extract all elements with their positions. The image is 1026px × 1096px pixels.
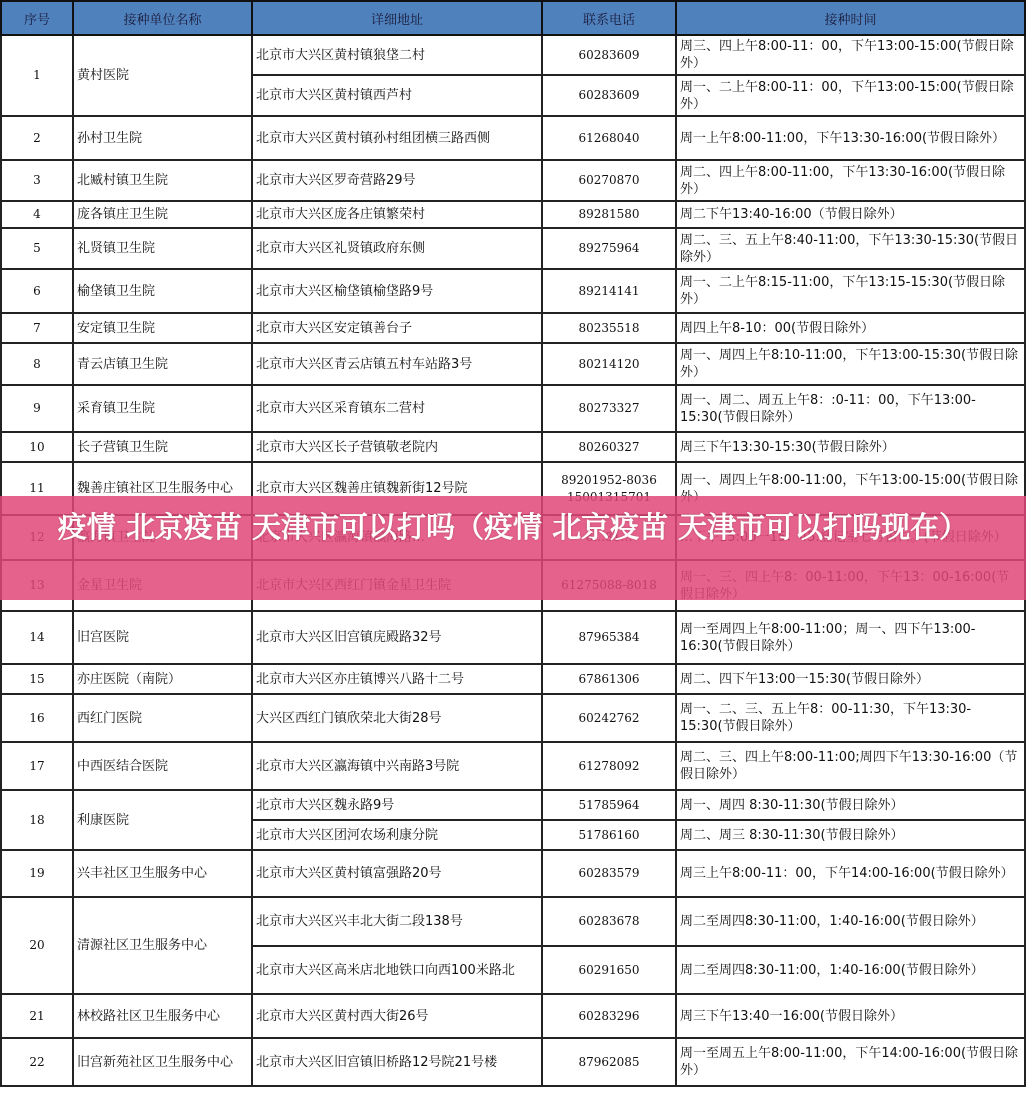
table-row: 3北臧村镇卫生院北京市大兴区罗奇营路29号60270870周二、四上午8:00-…	[1, 160, 1025, 201]
site-name: 亦庄医院（南院）	[73, 664, 252, 694]
table-row: 5礼贤镇卫生院北京市大兴区礼贤镇政府东侧89275964周二、三、五上午8:40…	[1, 228, 1025, 269]
vaccination-time: 周三上午8:00-11：00，下午14:00-16:00(节假日除外）	[676, 850, 1025, 897]
site-phone: 80214120	[542, 343, 676, 385]
site-phone: 60270870	[542, 160, 676, 201]
vaccination-time: 周二、四上午8:00-11:00，下午13:30-16:00(节假日除外）	[676, 160, 1025, 201]
row-number: 18	[1, 790, 73, 850]
site-address: 北京市大兴区瀛海镇中兴南路3号院	[252, 742, 542, 790]
header-no: 序号	[1, 1, 73, 35]
table-row: 19兴丰社区卫生服务中心北京市大兴区黄村镇富强路20号60283579周三上午8…	[1, 850, 1025, 897]
row-number: 19	[1, 850, 73, 897]
site-phone: 61278092	[542, 742, 676, 790]
site-name: 中西医结合医院	[73, 742, 252, 790]
table-row: 8青云店镇卫生院北京市大兴区青云店镇五村车站路3号80214120周一、周四上午…	[1, 343, 1025, 385]
row-number: 16	[1, 694, 73, 742]
table-row: 14旧宫医院北京市大兴区旧宫镇庑殿路32号87965384周一至周四上午8:00…	[1, 611, 1025, 664]
vaccination-time: 周二、三、五上午8:40-11:00，下午13:30-15:30(节假日除外）	[676, 228, 1025, 269]
site-name: 长子营镇卫生院	[73, 432, 252, 462]
site-phone: 60283609	[542, 35, 676, 75]
table-row: 18利康医院北京市大兴区魏永路9号51785964周一、周四 8:30-11:3…	[1, 790, 1025, 820]
site-address: 北京市大兴区兴丰北大街二段138号	[252, 897, 542, 946]
site-phone: 87965384	[542, 611, 676, 664]
site-name: 安定镇卫生院	[73, 313, 252, 343]
site-address: 北京市大兴区庞各庄镇繁荣村	[252, 201, 542, 228]
vaccination-time: 周二、周三 8:30-11:30(节假日除外）	[676, 820, 1025, 850]
table-row: 6榆垡镇卫生院北京市大兴区榆垡镇榆垡路9号89214141周一、二上午8:15-…	[1, 269, 1025, 313]
site-name: 礼贤镇卫生院	[73, 228, 252, 269]
site-address: 北京市大兴区黄村镇富强路20号	[252, 850, 542, 897]
site-address: 北京市大兴区亦庄镇博兴八路十二号	[252, 664, 542, 694]
row-number: 3	[1, 160, 73, 201]
vaccination-time: 周一、二、三、五上午8：00-11:30，下午13:30-15:30(节假日除外…	[676, 694, 1025, 742]
row-number: 6	[1, 269, 73, 313]
site-address: 北京市大兴区长子营镇敬老院内	[252, 432, 542, 462]
site-address: 北京市大兴区高米店北地铁口向西100米路北	[252, 946, 542, 994]
table-row: 15亦庄医院（南院）北京市大兴区亦庄镇博兴八路十二号67861306周二、四下午…	[1, 664, 1025, 694]
row-number: 1	[1, 35, 73, 116]
banner-title: 疫情 北京疫苗 天津市可以打吗（疫情 北京疫苗 天津市可以打吗现在）	[20, 506, 1006, 548]
site-phone: 60283609	[542, 75, 676, 116]
vaccination-time: 周二至周四8:30-11:00，1:40-16:00(节假日除外）	[676, 946, 1025, 994]
site-address: 北京市大兴区黄村镇孙村组团横三路西侧	[252, 116, 542, 160]
site-address: 北京市大兴区安定镇善台子	[252, 313, 542, 343]
vaccination-time: 周一至周五上午8:00-11:00，下午14:00-16:00(节假日除外）	[676, 1038, 1025, 1086]
vaccination-time: 周一、周四 8:30-11:30(节假日除外）	[676, 790, 1025, 820]
table-row: 2孙村卫生院北京市大兴区黄村镇孙村组团横三路西侧61268040周一上午8:00…	[1, 116, 1025, 160]
row-number: 5	[1, 228, 73, 269]
site-phone: 51786160	[542, 820, 676, 850]
site-address: 北京市大兴区黄村西大街26号	[252, 994, 542, 1038]
vaccination-time: 周二下午13:40-16:00（节假日除外）	[676, 201, 1025, 228]
table-row: 4庞各镇庄卫生院北京市大兴区庞各庄镇繁荣村89281580周二下午13:40-1…	[1, 201, 1025, 228]
site-address: 大兴区西红门镇欣荣北大街28号	[252, 694, 542, 742]
site-phone: 80260327	[542, 432, 676, 462]
row-number: 8	[1, 343, 73, 385]
header-time: 接种时间	[676, 1, 1025, 35]
site-name: 清源社区卫生服务中心	[73, 897, 252, 994]
row-number: 7	[1, 313, 73, 343]
row-number: 20	[1, 897, 73, 994]
row-number: 14	[1, 611, 73, 664]
site-name: 榆垡镇卫生院	[73, 269, 252, 313]
vaccination-time: 周一上午8:00-11:00，下午13:30-16:00(节假日除外）	[676, 116, 1025, 160]
table-row: 1黄村医院北京市大兴区黄村镇狼垡二村60283609周三、四上午8:00-11：…	[1, 35, 1025, 75]
row-number: 17	[1, 742, 73, 790]
site-phone: 89281580	[542, 201, 676, 228]
site-address: 北京市大兴区采育镇东二营村	[252, 385, 542, 432]
site-address: 北京市大兴区魏永路9号	[252, 790, 542, 820]
site-phone: 61268040	[542, 116, 676, 160]
site-name: 西红门医院	[73, 694, 252, 742]
site-name: 兴丰社区卫生服务中心	[73, 850, 252, 897]
table-row: 22旧宫新苑社区卫生服务中心北京市大兴区旧宫镇旧桥路12号院21号楼879620…	[1, 1038, 1025, 1086]
header-site-name: 接种单位名称	[73, 1, 252, 35]
header-phone: 联系电话	[542, 1, 676, 35]
site-name: 利康医院	[73, 790, 252, 850]
site-phone: 60242762	[542, 694, 676, 742]
site-address: 北京市大兴区旧宫镇庑殿路32号	[252, 611, 542, 664]
site-phone: 87962085	[542, 1038, 676, 1086]
vaccination-time: 周四上午8-10：00(节假日除外）	[676, 313, 1025, 343]
site-name: 庞各镇庄卫生院	[73, 201, 252, 228]
row-number: 22	[1, 1038, 73, 1086]
header-address: 详细地址	[252, 1, 542, 35]
site-phone: 60291650	[542, 946, 676, 994]
vaccination-time: 周二至周四8:30-11:00，1:40-16:00(节假日除外）	[676, 897, 1025, 946]
site-phone: 60283579	[542, 850, 676, 897]
vaccination-time: 周一、周二、周五上午8：:0-11：00，下午13:00-15:30(节假日除外…	[676, 385, 1025, 432]
table-row: 9采育镇卫生院北京市大兴区采育镇东二营村80273327周一、周二、周五上午8：…	[1, 385, 1025, 432]
vaccination-time: 周一、二上午8:15-11:00，下午13:15-15:30(节假日除外）	[676, 269, 1025, 313]
site-name: 北臧村镇卫生院	[73, 160, 252, 201]
site-phone: 89275964	[542, 228, 676, 269]
site-phone: 67861306	[542, 664, 676, 694]
site-address: 北京市大兴区黄村镇狼垡二村	[252, 35, 542, 75]
site-address: 北京市大兴区青云店镇五村车站路3号	[252, 343, 542, 385]
row-number: 2	[1, 116, 73, 160]
site-name: 青云店镇卫生院	[73, 343, 252, 385]
site-address: 北京市大兴区罗奇营路29号	[252, 160, 542, 201]
vaccination-time: 周二、三、四上午8:00-11:00;周四下午13:30-16:00（节假日除外…	[676, 742, 1025, 790]
site-name: 林校路社区卫生服务中心	[73, 994, 252, 1038]
site-name: 旧宫医院	[73, 611, 252, 664]
table-row: 16西红门医院大兴区西红门镇欣荣北大街28号60242762周一、二、三、五上午…	[1, 694, 1025, 742]
site-address: 北京市大兴区团河农场利康分院	[252, 820, 542, 850]
site-name: 孙村卫生院	[73, 116, 252, 160]
row-number: 9	[1, 385, 73, 432]
site-name: 采育镇卫生院	[73, 385, 252, 432]
vaccination-time: 周一至周四上午8:00-11:00；周一、四下午13:00-16:30(节假日除…	[676, 611, 1025, 664]
table-row: 21林校路社区卫生服务中心北京市大兴区黄村西大街26号60283296周三下午1…	[1, 994, 1025, 1038]
site-phone: 60283678	[542, 897, 676, 946]
row-number: 4	[1, 201, 73, 228]
row-number: 15	[1, 664, 73, 694]
vaccination-time: 周三、四上午8:00-11：00，下午13:00-15:00(节假日除外）	[676, 35, 1025, 75]
table-row: 17中西医结合医院北京市大兴区瀛海镇中兴南路3号院61278092周二、三、四上…	[1, 742, 1025, 790]
table-row: 10长子营镇卫生院北京市大兴区长子营镇敬老院内80260327周三下午13:30…	[1, 432, 1025, 462]
table-row: 20清源社区卫生服务中心北京市大兴区兴丰北大街二段138号60283678周二至…	[1, 897, 1025, 946]
site-phone: 80273327	[542, 385, 676, 432]
vaccination-time: 周一、二上午8:00-11：00，下午13:00-15:00(节假日除外）	[676, 75, 1025, 116]
vaccination-time: 周二、四下午13:00一15:30(节假日除外）	[676, 664, 1025, 694]
vaccination-time: 周三下午13:40一16:00(节假日除外）	[676, 994, 1025, 1038]
site-name: 黄村医院	[73, 35, 252, 116]
site-phone: 60283296	[542, 994, 676, 1038]
site-address: 北京市大兴区礼贤镇政府东侧	[252, 228, 542, 269]
site-phone: 51785964	[542, 790, 676, 820]
table-header-row: 序号 接种单位名称 详细地址 联系电话 接种时间	[1, 1, 1025, 35]
vaccination-time: 周三下午13:30-15:30(节假日除外）	[676, 432, 1025, 462]
vaccination-time: 周一、周四上午8:10-11:00，下午13:00-15:30(节假日除外）	[676, 343, 1025, 385]
site-name: 旧宫新苑社区卫生服务中心	[73, 1038, 252, 1086]
site-address: 北京市大兴区榆垡镇榆垡路9号	[252, 269, 542, 313]
site-phone: 89214141	[542, 269, 676, 313]
row-number: 10	[1, 432, 73, 462]
row-number: 21	[1, 994, 73, 1038]
site-address: 北京市大兴区旧宫镇旧桥路12号院21号楼	[252, 1038, 542, 1086]
site-address: 北京市大兴区黄村镇西芦村	[252, 75, 542, 116]
site-phone: 80235518	[542, 313, 676, 343]
table-row: 7安定镇卫生院北京市大兴区安定镇善台子80235518周四上午8-10：00(节…	[1, 313, 1025, 343]
